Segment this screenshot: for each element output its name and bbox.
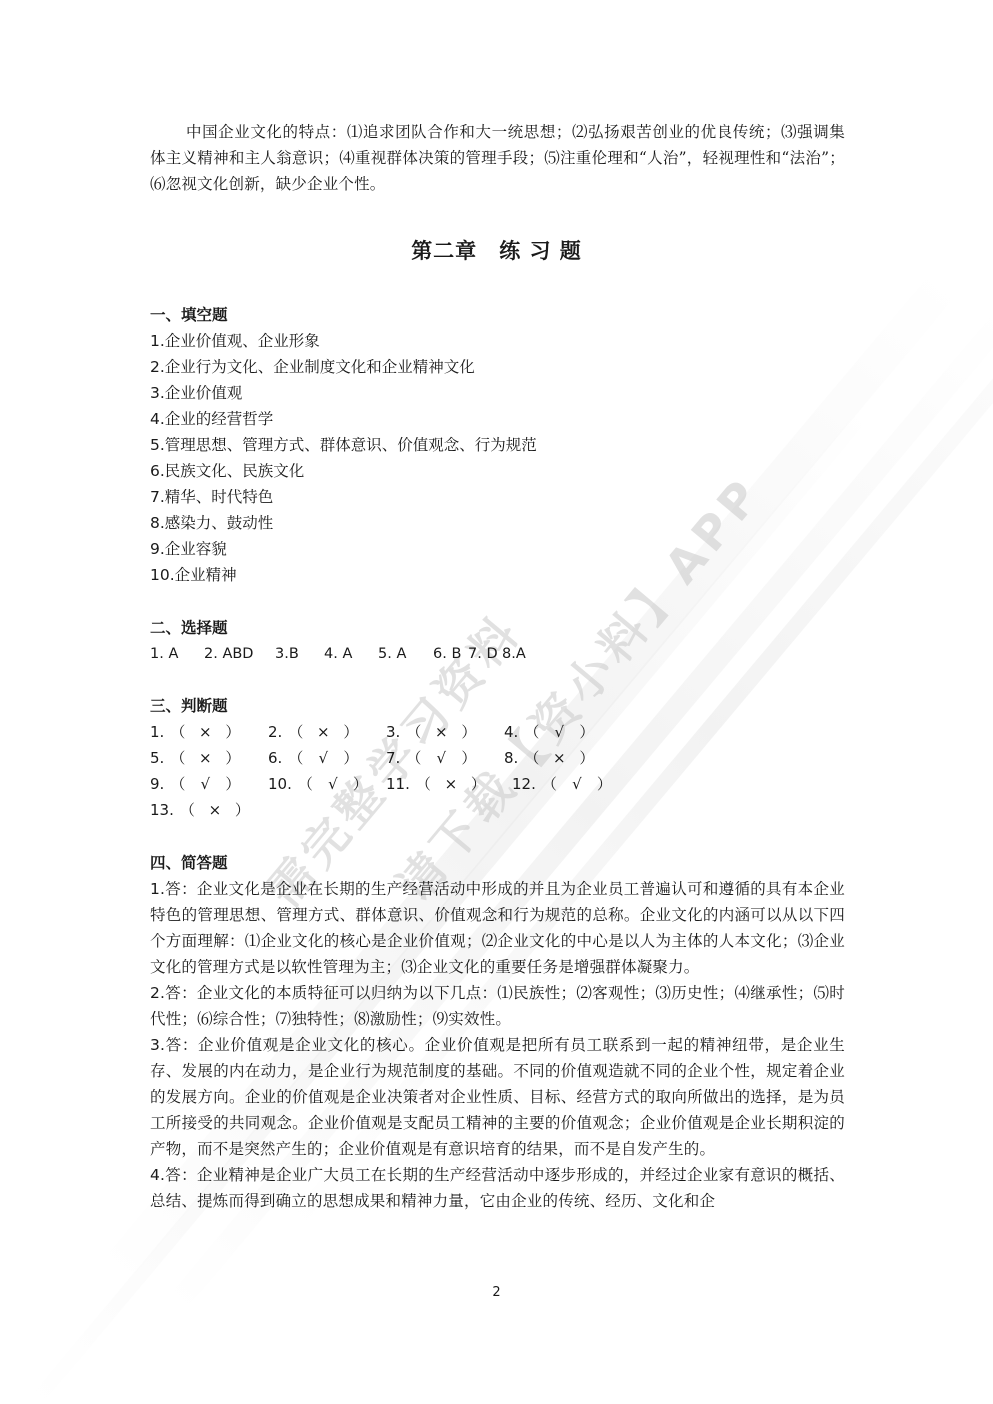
answer-text: 答：企业文化是企业在长期的生产经营活动中形成的并且为企业员工普遍认可和遵循的具有…	[150, 880, 845, 976]
fill-item: 9.企业容貌	[150, 536, 850, 562]
chapter-title-number: 第二章	[411, 239, 477, 263]
fill-item: 2.企业行为文化、企业制度文化和企业精神文化	[150, 354, 850, 380]
choice-answer: 3.B	[275, 641, 324, 667]
section-heading: 三、判断题	[150, 693, 850, 719]
tf-item: 10.（√）	[268, 771, 374, 797]
intro-paragraph: 中国企业文化的特点：⑴追求团队合作和大一统思想；⑵弘扬艰苦创业的优良传统；⑶强调…	[150, 119, 845, 197]
fill-in-blank-section: 一、填空题 1.企业价值观、企业形象 2.企业行为文化、企业制度文化和企业精神文…	[150, 302, 850, 588]
tf-item: 7.（√）	[386, 745, 482, 771]
check-mark-icon: √	[563, 771, 591, 797]
fill-item: 6.民族文化、民族文化	[150, 458, 850, 484]
choice-answer: 1. A	[150, 641, 204, 667]
cross-mark-icon: ×	[545, 745, 573, 771]
section-heading: 二、选择题	[150, 615, 850, 641]
choice-answer: 6. B	[433, 641, 468, 667]
tf-item: 13.（×）	[150, 797, 256, 823]
true-false-section: 三、判断题 1.（×） 2.（×） 3.（×） 4.（√） 5.（×） 6.（√…	[150, 693, 850, 823]
tf-row: 9.（√） 10.（√） 11.（×） 12.（√）	[150, 771, 850, 797]
tf-item: 12.（√）	[512, 771, 618, 797]
check-mark-icon: √	[319, 771, 347, 797]
tf-item: 3.（×）	[386, 719, 482, 745]
short-answer-item: 1.答：企业文化是企业在长期的生产经营活动中形成的并且为企业员工普遍认可和遵循的…	[150, 876, 845, 980]
cross-mark-icon: ×	[427, 719, 455, 745]
fill-item: 5.管理思想、管理方式、群体意识、价值观念、行为规范	[150, 432, 850, 458]
tf-item: 5.（×）	[150, 745, 246, 771]
tf-item: 8.（×）	[504, 745, 600, 771]
choice-answer: 5. A	[378, 641, 433, 667]
cross-mark-icon: ×	[191, 719, 219, 745]
answer-number: 2.	[150, 984, 165, 1002]
section-heading: 四、简答题	[150, 850, 850, 876]
cross-mark-icon: ×	[437, 771, 465, 797]
tf-item: 6.（√）	[268, 745, 364, 771]
short-answer-section: 四、简答题 1.答：企业文化是企业在长期的生产经营活动中形成的并且为企业员工普遍…	[150, 850, 850, 1214]
tf-item: 4.（√）	[504, 719, 600, 745]
cross-mark-icon: ×	[309, 719, 337, 745]
choice-answer: 4. A	[324, 641, 378, 667]
tf-item: 1.（×）	[150, 719, 246, 745]
tf-item: 2.（×）	[268, 719, 364, 745]
choice-answer: 8.A	[502, 641, 526, 667]
answer-text: 答：企业价值观是企业文化的核心。企业价值观是把所有员工联系到一起的精神纽带，是企…	[150, 1036, 845, 1158]
choice-answers-row: 1. A2. ABD3.B4. A5. A6. B7. D8.A	[150, 641, 850, 667]
section-heading: 一、填空题	[150, 302, 850, 328]
answer-number: 1.	[150, 880, 165, 898]
choice-answer: 2. ABD	[204, 641, 275, 667]
choice-answer: 7. D	[468, 641, 502, 667]
short-answer-item: 3.答：企业价值观是企业文化的核心。企业价值观是把所有员工联系到一起的精神纽带，…	[150, 1032, 845, 1162]
multiple-choice-section: 二、选择题 1. A2. ABD3.B4. A5. A6. B7. D8.A	[150, 615, 850, 667]
document-page: 需完整学习资料 请下载【资小料】APP 中国企业文化的特点：⑴追求团队合作和大一…	[0, 0, 993, 1404]
tf-item: 11.（×）	[386, 771, 492, 797]
page-number: 2	[0, 1285, 993, 1300]
fill-item: 1.企业价值观、企业形象	[150, 328, 850, 354]
fill-item: 3.企业价值观	[150, 380, 850, 406]
short-answer-item: 4.答：企业精神是企业广大员工在长期的生产经营活动中逐步形成的，并经过企业家有意…	[150, 1162, 845, 1214]
fill-item: 7.精华、时代特色	[150, 484, 850, 510]
check-mark-icon: √	[427, 745, 455, 771]
fill-item: 4.企业的经营哲学	[150, 406, 850, 432]
tf-row: 13.（×）	[150, 797, 850, 823]
answer-number: 4.	[150, 1166, 165, 1184]
answer-text: 答：企业精神是企业广大员工在长期的生产经营活动中逐步形成的，并经过企业家有意识的…	[150, 1166, 845, 1210]
tf-row: 5.（×） 6.（√） 7.（√） 8.（×）	[150, 745, 850, 771]
chapter-title-text: 练 习 题	[499, 239, 582, 263]
answer-text: 答：企业文化的本质特征可以归纳为以下几点：⑴民族性；⑵客观性；⑶历史性；⑷继承性…	[150, 984, 845, 1028]
cross-mark-icon: ×	[201, 797, 229, 823]
check-mark-icon: √	[309, 745, 337, 771]
document-content: 中国企业文化的特点：⑴追求团队合作和大一统思想；⑵弘扬艰苦创业的优良传统；⑶强调…	[0, 0, 993, 1404]
tf-item: 9.（√）	[150, 771, 246, 797]
chapter-title: 第二章练 习 题	[0, 235, 993, 265]
short-answer-item: 2.答：企业文化的本质特征可以归纳为以下几点：⑴民族性；⑵客观性；⑶历史性；⑷继…	[150, 980, 845, 1032]
fill-item: 10.企业精神	[150, 562, 850, 588]
answer-number: 3.	[150, 1036, 165, 1054]
fill-item: 8.感染力、鼓动性	[150, 510, 850, 536]
check-mark-icon: √	[191, 771, 219, 797]
cross-mark-icon: ×	[191, 745, 219, 771]
check-mark-icon: √	[545, 719, 573, 745]
tf-row: 1.（×） 2.（×） 3.（×） 4.（√）	[150, 719, 850, 745]
